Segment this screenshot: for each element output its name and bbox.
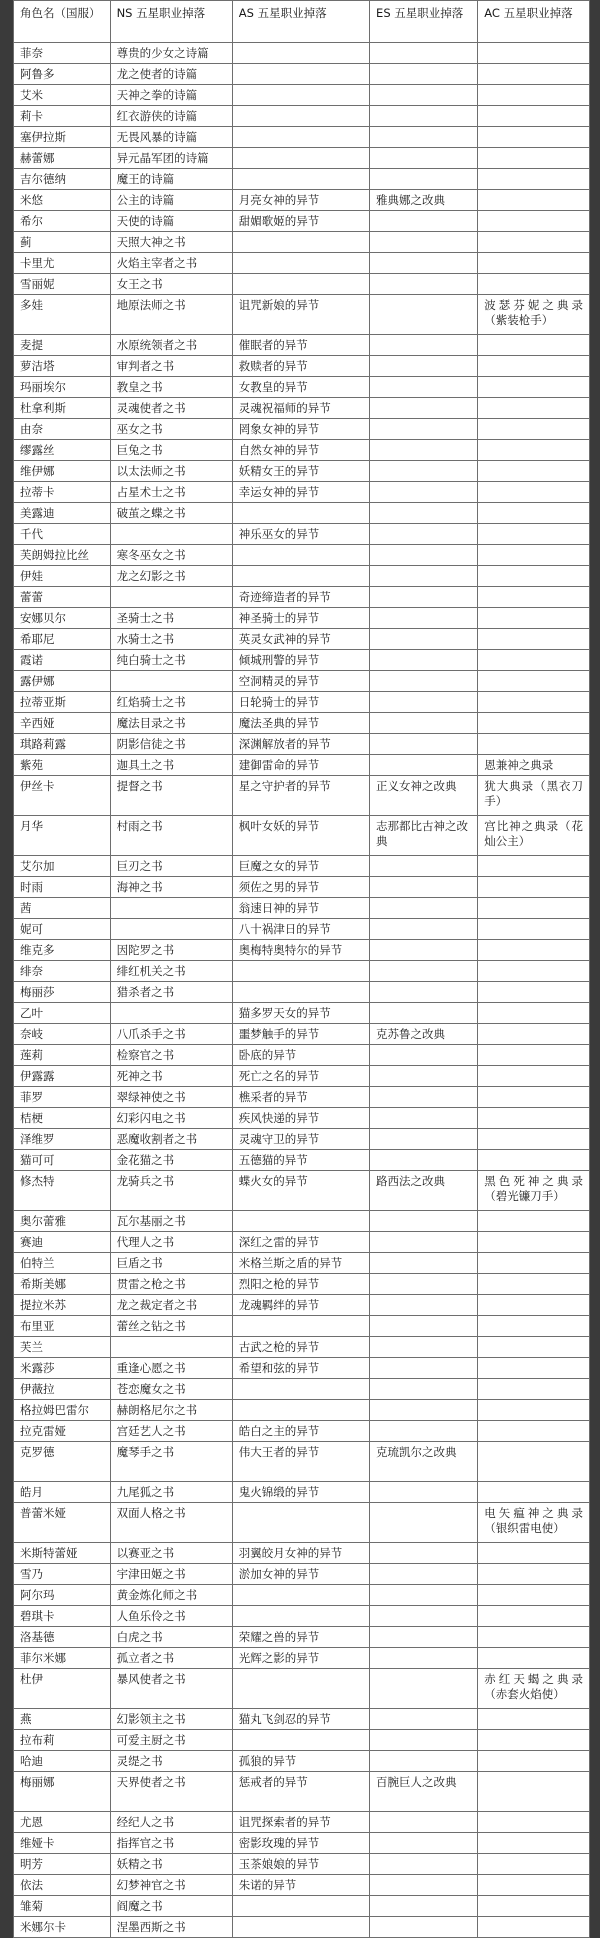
cell-as-drop: 猫丸飞剑忍的异节 bbox=[232, 1709, 369, 1730]
cell-as-drop: 密影玫瑰的异节 bbox=[232, 1833, 369, 1854]
table-row: 杜伊暴风使者之书赤红天蝎之典录（赤套火焰使） bbox=[14, 1669, 590, 1709]
cell-as-drop bbox=[232, 961, 369, 982]
cell-as-drop bbox=[232, 1316, 369, 1337]
cell-as-drop: 巨魔之女的异节 bbox=[232, 856, 369, 877]
table-row: 奈岐八爪杀手之书噩梦触手的异节克苏鲁之改典 bbox=[14, 1024, 590, 1045]
table-row: 麦提水原统领者之书催眠者的异节 bbox=[14, 335, 590, 356]
cell-ac-drop bbox=[478, 940, 590, 961]
cell-es-drop bbox=[370, 1585, 478, 1606]
cell-es-drop bbox=[370, 650, 478, 671]
cell-as-drop bbox=[232, 1896, 369, 1917]
cell-as-drop: 须佐之男的异节 bbox=[232, 877, 369, 898]
cell-character-name: 芙兰 bbox=[14, 1337, 111, 1358]
cell-character-name: 莉卡 bbox=[14, 106, 111, 127]
cell-character-name: 辛西娅 bbox=[14, 713, 111, 734]
cell-ac-drop bbox=[478, 440, 590, 461]
cell-ac-drop bbox=[478, 587, 590, 608]
cell-ac-drop bbox=[478, 1585, 590, 1606]
table-row: 蓟天照大神之书 bbox=[14, 232, 590, 253]
cell-es-drop bbox=[370, 1854, 478, 1875]
cell-as-drop: 五德猫的异节 bbox=[232, 1150, 369, 1171]
cell-character-name: 美露迪 bbox=[14, 503, 111, 524]
cell-character-name: 菲奈 bbox=[14, 43, 111, 64]
cell-character-name: 维娅卡 bbox=[14, 1833, 111, 1854]
cell-as-drop: 星之守护者的异节 bbox=[232, 776, 369, 816]
cell-character-name: 蓟 bbox=[14, 232, 111, 253]
cell-as-drop bbox=[232, 274, 369, 295]
table-row: 希耶尼水骑士之书英灵女武神的异节 bbox=[14, 629, 590, 650]
table-row: 赛迪代理人之书深红之雷的异节 bbox=[14, 1232, 590, 1253]
cell-as-drop: 蝶火女的异节 bbox=[232, 1171, 369, 1211]
cell-character-name: 绯奈 bbox=[14, 961, 111, 982]
cell-character-name: 艾米 bbox=[14, 85, 111, 106]
table-row: 米悠公主的诗篇月亮女神的异节雅典娜之改典 bbox=[14, 190, 590, 211]
cell-es-drop bbox=[370, 982, 478, 1003]
table-row: 艾米天神之拳的诗篇 bbox=[14, 85, 590, 106]
cell-es-drop bbox=[370, 524, 478, 545]
cell-character-name: 伊丝卡 bbox=[14, 776, 111, 816]
table-row: 吉尔德纳魔王的诗篇 bbox=[14, 169, 590, 190]
cell-as-drop: 妖精女王的异节 bbox=[232, 461, 369, 482]
table-row: 普蕾米娅双面人格之书电矢瘟神之典录（银织雷电使） bbox=[14, 1503, 590, 1543]
cell-ac-drop bbox=[478, 898, 590, 919]
cell-ac-drop: 波瑟芬妮之典录（紫装枪手） bbox=[478, 295, 590, 335]
table-row: 希斯美娜贯雷之枪之书烈阳之枪的异节 bbox=[14, 1274, 590, 1295]
table-row: 米露莎重逢心愿之书希望和弦的异节 bbox=[14, 1358, 590, 1379]
cell-character-name: 杜伊 bbox=[14, 1669, 111, 1709]
table-row: 伊露露死神之书死亡之名的异节 bbox=[14, 1066, 590, 1087]
cell-es-drop bbox=[370, 1833, 478, 1854]
cell-character-name: 赫蕾娜 bbox=[14, 148, 111, 169]
cell-es-drop bbox=[370, 898, 478, 919]
table-row: 雪乃宇津田姬之书淤加女神的异节 bbox=[14, 1564, 590, 1585]
cell-as-drop: 甜媚歌姬的异节 bbox=[232, 211, 369, 232]
cell-character-name: 雪丽妮 bbox=[14, 274, 111, 295]
cell-ns-drop: 猎杀者之书 bbox=[110, 982, 232, 1003]
cell-es-drop bbox=[370, 587, 478, 608]
cell-ns-drop: 妖精之书 bbox=[110, 1854, 232, 1875]
table-row: 菲奈尊贵的少女之诗篇 bbox=[14, 43, 590, 64]
cell-character-name: 修杰特 bbox=[14, 1171, 111, 1211]
table-row: 阿鲁多龙之使者的诗篇 bbox=[14, 64, 590, 85]
cell-es-drop bbox=[370, 461, 478, 482]
header-es-drop: ES 五星职业掉落 bbox=[370, 1, 478, 43]
cell-character-name: 霞诺 bbox=[14, 650, 111, 671]
cell-as-drop bbox=[232, 253, 369, 274]
cell-ns-drop: 红焰骑士之书 bbox=[110, 692, 232, 713]
header-character-name: 角色名（国服） bbox=[14, 1, 111, 43]
cell-es-drop bbox=[370, 85, 478, 106]
cell-ac-drop bbox=[478, 1709, 590, 1730]
cell-as-drop bbox=[232, 1730, 369, 1751]
cell-ac-drop bbox=[478, 1421, 590, 1442]
table-body: 菲奈尊贵的少女之诗篇阿鲁多龙之使者的诗篇艾米天神之拳的诗篇莉卡红衣游侠的诗篇塞伊… bbox=[14, 43, 590, 1936]
cell-ac-drop bbox=[478, 1751, 590, 1772]
cell-ns-drop: 涅墨西斯之书 bbox=[110, 1917, 232, 1936]
cell-es-drop bbox=[370, 1295, 478, 1316]
table-row: 雪丽妮女王之书 bbox=[14, 274, 590, 295]
cell-as-drop: 罔象女神的异节 bbox=[232, 419, 369, 440]
cell-character-name: 依法 bbox=[14, 1875, 111, 1896]
cell-character-name: 燕 bbox=[14, 1709, 111, 1730]
cell-character-name: 希尔 bbox=[14, 211, 111, 232]
cell-character-name: 菲尔米娜 bbox=[14, 1648, 111, 1669]
table-row: 卡里尤火焰主宰者之书 bbox=[14, 253, 590, 274]
cell-as-drop: 催眠者的异节 bbox=[232, 335, 369, 356]
cell-ac-drop: 电矢瘟神之典录（银织雷电使） bbox=[478, 1503, 590, 1543]
cell-es-drop bbox=[370, 566, 478, 587]
cell-es-drop bbox=[370, 1150, 478, 1171]
cell-ac-drop bbox=[478, 482, 590, 503]
cell-es-drop bbox=[370, 398, 478, 419]
cell-ns-drop: 审判者之书 bbox=[110, 356, 232, 377]
cell-as-drop: 日轮骑士的异节 bbox=[232, 692, 369, 713]
cell-ns-drop: 黄金炼化师之书 bbox=[110, 1585, 232, 1606]
cell-as-drop: 诅咒探索者的异节 bbox=[232, 1812, 369, 1833]
cell-as-drop bbox=[232, 1585, 369, 1606]
cell-ns-drop: 翠绿神使之书 bbox=[110, 1087, 232, 1108]
table-row: 琪路莉露阴影信徒之书深渊解放者的异节 bbox=[14, 734, 590, 755]
cell-ns-drop: 九尾狐之书 bbox=[110, 1482, 232, 1503]
cell-ac-drop bbox=[478, 1875, 590, 1896]
table-row: 依法幻梦神官之书朱诺的异节 bbox=[14, 1875, 590, 1896]
cell-ac-drop bbox=[478, 1543, 590, 1564]
cell-es-drop bbox=[370, 1087, 478, 1108]
cell-character-name: 拉布莉 bbox=[14, 1730, 111, 1751]
cell-character-name: 时雨 bbox=[14, 877, 111, 898]
cell-ac-drop bbox=[478, 1917, 590, 1936]
cell-character-name: 紫苑 bbox=[14, 755, 111, 776]
cell-ns-drop: 宫廷艺人之书 bbox=[110, 1421, 232, 1442]
cell-as-drop: 皓白之主的异节 bbox=[232, 1421, 369, 1442]
cell-as-drop: 深红之雷的异节 bbox=[232, 1232, 369, 1253]
table-row: 伊薇拉苍恋魔女之书 bbox=[14, 1379, 590, 1400]
cell-as-drop bbox=[232, 1379, 369, 1400]
cell-es-drop bbox=[370, 64, 478, 85]
cell-ac-drop bbox=[478, 629, 590, 650]
cell-character-name: 希斯美娜 bbox=[14, 1274, 111, 1295]
cell-as-drop bbox=[232, 1606, 369, 1627]
cell-as-drop: 死亡之名的异节 bbox=[232, 1066, 369, 1087]
cell-ns-drop: 无畏风暴的诗篇 bbox=[110, 127, 232, 148]
cell-es-drop: 路西法之改典 bbox=[370, 1171, 478, 1211]
cell-es-drop bbox=[370, 1503, 478, 1543]
cell-ns-drop: 瓦尔基丽之书 bbox=[110, 1211, 232, 1232]
table-row: 维娅卡指挥官之书密影玫瑰的异节 bbox=[14, 1833, 590, 1854]
cell-ac-drop bbox=[478, 961, 590, 982]
cell-ac-drop bbox=[478, 982, 590, 1003]
cell-ac-drop bbox=[478, 377, 590, 398]
cell-es-drop: 正义女神之改典 bbox=[370, 776, 478, 816]
class-drop-table: 角色名（国服） NS 五星职业掉落 AS 五星职业掉落 ES 五星职业掉落 AC… bbox=[13, 0, 590, 1935]
cell-es-drop bbox=[370, 1482, 478, 1503]
cell-as-drop: 魔法圣典的异节 bbox=[232, 713, 369, 734]
cell-ac-drop: 宫比神之典录（花灿公主） bbox=[478, 816, 590, 856]
cell-ns-drop: 以赛亚之书 bbox=[110, 1543, 232, 1564]
cell-ns-drop bbox=[110, 524, 232, 545]
cell-as-drop bbox=[232, 85, 369, 106]
cell-ns-drop: 水骑士之书 bbox=[110, 629, 232, 650]
cell-es-drop bbox=[370, 1606, 478, 1627]
cell-es-drop bbox=[370, 1358, 478, 1379]
cell-as-drop: 空洞精灵的异节 bbox=[232, 671, 369, 692]
table-row: 缪露丝巨兔之书自然女神的异节 bbox=[14, 440, 590, 461]
cell-es-drop: 克琉凯尔之改典 bbox=[370, 1442, 478, 1482]
cell-ac-drop: 犹大典录（黑衣刀手） bbox=[478, 776, 590, 816]
cell-ns-drop: 宇津田姬之书 bbox=[110, 1564, 232, 1585]
cell-es-drop bbox=[370, 440, 478, 461]
cell-es-drop bbox=[370, 211, 478, 232]
cell-es-drop bbox=[370, 1875, 478, 1896]
cell-es-drop bbox=[370, 755, 478, 776]
cell-es-drop bbox=[370, 1564, 478, 1585]
cell-as-drop: 噩梦触手的异节 bbox=[232, 1024, 369, 1045]
table-row: 格拉姆巴雷尔赫朗格尼尔之书 bbox=[14, 1400, 590, 1421]
cell-ac-drop bbox=[478, 877, 590, 898]
table-row: 泽维罗恶魔收割者之书灵魂守卫的异节 bbox=[14, 1129, 590, 1150]
cell-character-name: 猫可可 bbox=[14, 1150, 111, 1171]
cell-as-drop bbox=[232, 982, 369, 1003]
table-row: 萝洁塔审判者之书救赎者的异节 bbox=[14, 356, 590, 377]
cell-ac-drop bbox=[478, 1129, 590, 1150]
table-row: 维伊娜以太法师之书妖精女王的异节 bbox=[14, 461, 590, 482]
cell-ac-drop bbox=[478, 419, 590, 440]
cell-as-drop bbox=[232, 43, 369, 64]
cell-ns-drop: 教皇之书 bbox=[110, 377, 232, 398]
cell-ac-drop bbox=[478, 356, 590, 377]
cell-as-drop: 光辉之影的异节 bbox=[232, 1648, 369, 1669]
cell-character-name: 多娃 bbox=[14, 295, 111, 335]
table-row: 拉克雷娅宫廷艺人之书皓白之主的异节 bbox=[14, 1421, 590, 1442]
cell-es-drop bbox=[370, 1045, 478, 1066]
table-header-row: 角色名（国服） NS 五星职业掉落 AS 五星职业掉落 ES 五星职业掉落 AC… bbox=[14, 1, 590, 43]
cell-character-name: 艾尔加 bbox=[14, 856, 111, 877]
cell-ac-drop bbox=[478, 461, 590, 482]
cell-as-drop: 淤加女神的异节 bbox=[232, 1564, 369, 1585]
table-row: 茜翁速日神的异节 bbox=[14, 898, 590, 919]
cell-character-name: 尤恩 bbox=[14, 1812, 111, 1833]
cell-as-drop bbox=[232, 148, 369, 169]
table-row: 伯特兰巨盾之书米格兰斯之盾的异节 bbox=[14, 1253, 590, 1274]
cell-character-name: 米悠 bbox=[14, 190, 111, 211]
cell-es-drop bbox=[370, 127, 478, 148]
cell-as-drop: 建御雷命的异节 bbox=[232, 755, 369, 776]
cell-as-drop: 希望和弦的异节 bbox=[232, 1358, 369, 1379]
table-row: 莲莉检察官之书卧底的异节 bbox=[14, 1045, 590, 1066]
cell-ns-drop: 阎魔之书 bbox=[110, 1896, 232, 1917]
cell-as-drop bbox=[232, 106, 369, 127]
cell-ns-drop: 死神之书 bbox=[110, 1066, 232, 1087]
cell-as-drop: 惩戒者的异节 bbox=[232, 1772, 369, 1812]
cell-es-drop bbox=[370, 1669, 478, 1709]
table-row: 乙叶猫多罗天女的异节 bbox=[14, 1003, 590, 1024]
cell-es-drop bbox=[370, 148, 478, 169]
cell-es-drop bbox=[370, 356, 478, 377]
cell-character-name: 缪露丝 bbox=[14, 440, 111, 461]
cell-ac-drop bbox=[478, 1812, 590, 1833]
cell-ns-drop: 可爱主厨之书 bbox=[110, 1730, 232, 1751]
cell-ns-drop: 公主的诗篇 bbox=[110, 190, 232, 211]
cell-character-name: 维伊娜 bbox=[14, 461, 111, 482]
header-as-drop: AS 五星职业掉落 bbox=[232, 1, 369, 43]
cell-es-drop bbox=[370, 482, 478, 503]
cell-character-name: 雏菊 bbox=[14, 1896, 111, 1917]
cell-es-drop bbox=[370, 106, 478, 127]
cell-ac-drop bbox=[478, 43, 590, 64]
cell-as-drop bbox=[232, 169, 369, 190]
cell-ns-drop bbox=[110, 587, 232, 608]
table-row: 桔梗幻彩闪电之书疾风快递的异节 bbox=[14, 1108, 590, 1129]
cell-ns-drop: 龙骑兵之书 bbox=[110, 1171, 232, 1211]
cell-ac-drop bbox=[478, 566, 590, 587]
cell-as-drop: 卧底的异节 bbox=[232, 1045, 369, 1066]
cell-as-drop: 朱诺的异节 bbox=[232, 1875, 369, 1896]
cell-ns-drop: 龙之裁定者之书 bbox=[110, 1295, 232, 1316]
cell-ac-drop bbox=[478, 1150, 590, 1171]
cell-es-drop bbox=[370, 1379, 478, 1400]
cell-as-drop: 灵魂守卫的异节 bbox=[232, 1129, 369, 1150]
cell-ac-drop bbox=[478, 398, 590, 419]
cell-as-drop bbox=[232, 1211, 369, 1232]
table-row: 伊丝卡提督之书星之守护者的异节正义女神之改典犹大典录（黑衣刀手） bbox=[14, 776, 590, 816]
table-row: 拉蒂亚斯红焰骑士之书日轮骑士的异节 bbox=[14, 692, 590, 713]
cell-es-drop bbox=[370, 961, 478, 982]
cell-as-drop bbox=[232, 1503, 369, 1543]
table-row: 露伊娜空洞精灵的异节 bbox=[14, 671, 590, 692]
cell-ns-drop: 苍恋魔女之书 bbox=[110, 1379, 232, 1400]
cell-as-drop: 米格兰斯之盾的异节 bbox=[232, 1253, 369, 1274]
cell-es-drop bbox=[370, 1709, 478, 1730]
cell-es-drop bbox=[370, 1730, 478, 1751]
cell-ns-drop: 绯红机关之书 bbox=[110, 961, 232, 982]
cell-ac-drop bbox=[478, 856, 590, 877]
cell-as-drop bbox=[232, 232, 369, 253]
cell-es-drop bbox=[370, 253, 478, 274]
table-row: 明芳妖精之书玉茶娘娘的异节 bbox=[14, 1854, 590, 1875]
table-row: 由奈巫女之书罔象女神的异节 bbox=[14, 419, 590, 440]
cell-character-name: 杜拿利斯 bbox=[14, 398, 111, 419]
cell-es-drop: 志那都比古神之改典 bbox=[370, 816, 478, 856]
cell-character-name: 伊娃 bbox=[14, 566, 111, 587]
cell-character-name: 莲莉 bbox=[14, 1045, 111, 1066]
table-row: 洛基德白虎之书荣耀之兽的异节 bbox=[14, 1627, 590, 1648]
cell-es-drop bbox=[370, 1066, 478, 1087]
cell-ac-drop bbox=[478, 274, 590, 295]
cell-as-drop: 奇迹缔造者的异节 bbox=[232, 587, 369, 608]
cell-ns-drop: 幻梦神官之书 bbox=[110, 1875, 232, 1896]
table-row: 艾尔加巨刃之书巨魔之女的异节 bbox=[14, 856, 590, 877]
cell-as-drop: 羽翼皎月女神的异节 bbox=[232, 1543, 369, 1564]
cell-ns-drop: 红衣游侠的诗篇 bbox=[110, 106, 232, 127]
cell-as-drop: 猫多罗天女的异节 bbox=[232, 1003, 369, 1024]
cell-ns-drop: 灵魂使者之书 bbox=[110, 398, 232, 419]
cell-ac-drop bbox=[478, 734, 590, 755]
table-row: 维克多因陀罗之书奥梅特奥特尔的异节 bbox=[14, 940, 590, 961]
cell-ns-drop: 天照大神之书 bbox=[110, 232, 232, 253]
cell-character-name: 阿鲁多 bbox=[14, 64, 111, 85]
cell-ns-drop: 巨兔之书 bbox=[110, 440, 232, 461]
cell-as-drop bbox=[232, 127, 369, 148]
cell-ac-drop bbox=[478, 1232, 590, 1253]
cell-character-name: 梅丽莎 bbox=[14, 982, 111, 1003]
cell-ac-drop bbox=[478, 232, 590, 253]
cell-character-name: 蕾蕾 bbox=[14, 587, 111, 608]
cell-ns-drop: 龙之使者的诗篇 bbox=[110, 64, 232, 85]
cell-ns-drop bbox=[110, 898, 232, 919]
cell-as-drop: 英灵女武神的异节 bbox=[232, 629, 369, 650]
table-row: 菲罗翠绿神使之书樵采者的异节 bbox=[14, 1087, 590, 1108]
table-row: 提拉米苏龙之裁定者之书龙魂羁绊的异节 bbox=[14, 1295, 590, 1316]
cell-character-name: 麦提 bbox=[14, 335, 111, 356]
cell-as-drop: 倾城刑警的异节 bbox=[232, 650, 369, 671]
cell-es-drop: 克苏鲁之改典 bbox=[370, 1024, 478, 1045]
cell-ac-drop bbox=[478, 1003, 590, 1024]
cell-as-drop: 神圣骑士的异节 bbox=[232, 608, 369, 629]
cell-ns-drop: 巨盾之书 bbox=[110, 1253, 232, 1274]
cell-es-drop bbox=[370, 1316, 478, 1337]
cell-character-name: 拉蒂卡 bbox=[14, 482, 111, 503]
table-row: 尤恩经纪人之书诅咒探索者的异节 bbox=[14, 1812, 590, 1833]
cell-as-drop: 玉茶娘娘的异节 bbox=[232, 1854, 369, 1875]
cell-character-name: 奥尔蕾雅 bbox=[14, 1211, 111, 1232]
cell-ns-drop: 魔琴手之书 bbox=[110, 1442, 232, 1482]
cell-character-name: 伊薇拉 bbox=[14, 1379, 111, 1400]
table-row: 梅丽娜天界使者之书惩戒者的异节百腕巨人之改典 bbox=[14, 1772, 590, 1812]
cell-character-name: 琪路莉露 bbox=[14, 734, 111, 755]
table-row: 雏菊阎魔之书 bbox=[14, 1896, 590, 1917]
cell-ac-drop bbox=[478, 1772, 590, 1812]
cell-character-name: 乙叶 bbox=[14, 1003, 111, 1024]
cell-ac-drop bbox=[478, 85, 590, 106]
table-row: 莉卡红衣游侠的诗篇 bbox=[14, 106, 590, 127]
cell-ns-drop: 赫朗格尼尔之书 bbox=[110, 1400, 232, 1421]
cell-character-name: 吉尔德纳 bbox=[14, 169, 111, 190]
cell-es-drop bbox=[370, 1337, 478, 1358]
cell-character-name: 米斯特蕾娅 bbox=[14, 1543, 111, 1564]
cell-ac-drop bbox=[478, 211, 590, 232]
cell-ac-drop bbox=[478, 524, 590, 545]
cell-as-drop: 烈阳之枪的异节 bbox=[232, 1274, 369, 1295]
cell-as-drop bbox=[232, 545, 369, 566]
cell-es-drop bbox=[370, 232, 478, 253]
cell-character-name: 哈迪 bbox=[14, 1751, 111, 1772]
cell-ac-drop bbox=[478, 1442, 590, 1482]
cell-character-name: 月华 bbox=[14, 816, 111, 856]
cell-character-name: 赛迪 bbox=[14, 1232, 111, 1253]
cell-ac-drop bbox=[478, 1253, 590, 1274]
cell-ns-drop: 以太法师之书 bbox=[110, 461, 232, 482]
cell-ac-drop bbox=[478, 1564, 590, 1585]
cell-character-name: 洛基德 bbox=[14, 1627, 111, 1648]
cell-as-drop: 灵魂祝福师的异节 bbox=[232, 398, 369, 419]
cell-ac-drop bbox=[478, 1627, 590, 1648]
cell-es-drop bbox=[370, 377, 478, 398]
cell-character-name: 露伊娜 bbox=[14, 671, 111, 692]
cell-as-drop: 古武之枪的异节 bbox=[232, 1337, 369, 1358]
cell-ac-drop bbox=[478, 1400, 590, 1421]
cell-ns-drop: 白虎之书 bbox=[110, 1627, 232, 1648]
cell-ns-drop: 金花猫之书 bbox=[110, 1150, 232, 1171]
cell-ns-drop bbox=[110, 1003, 232, 1024]
cell-es-drop bbox=[370, 940, 478, 961]
cell-es-drop bbox=[370, 877, 478, 898]
cell-es-drop bbox=[370, 692, 478, 713]
cell-es-drop bbox=[370, 1274, 478, 1295]
cell-es-drop bbox=[370, 713, 478, 734]
drop-table-sheet: 角色名（国服） NS 五星职业掉落 AS 五星职业掉落 ES 五星职业掉落 AC… bbox=[13, 0, 590, 1935]
cell-ns-drop: 迦具土之书 bbox=[110, 755, 232, 776]
cell-ns-drop: 寒冬巫女之书 bbox=[110, 545, 232, 566]
